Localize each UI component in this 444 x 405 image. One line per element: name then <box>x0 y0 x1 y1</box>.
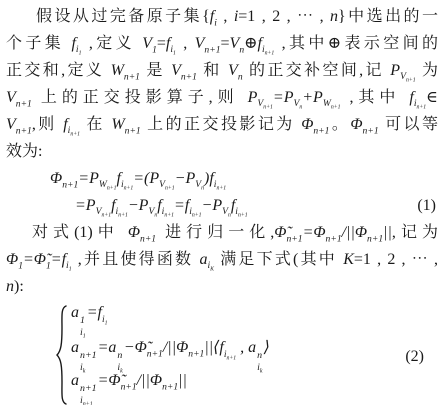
equation-1: Φn+1=PWn+1fin+1=(PVn+1−PVn)fin+1 =PVn+1f… <box>6 165 438 219</box>
paragraph-1: 假设从过完备原子集{fi , i=1 , 2 , ⋯ , n}中选出的一 个子集… <box>6 3 438 165</box>
text-line: 效为: <box>6 138 438 165</box>
equation-line: an+1in+1=Φ̃n+1/||Φn+1|| <box>71 372 270 405</box>
text-line: n): <box>6 273 438 300</box>
text-line: 假设从过完备原子集{fi , i=1 , 2 , ⋯ , n}中选出的一 <box>6 3 438 30</box>
equation-2: a1i1=fi1 an+1ik=anik−Φ̃n+1/||Φn+1||⟨fin+… <box>55 304 438 405</box>
text-line: Φ1=Φ̃1=fi1 ,并且使得函数 aiK 满足下式(其中 K=1 , 2 ,… <box>6 246 438 273</box>
text-line: Vn+1,则 fin+1 在 Wn+1 上的正交投影记为 Φn+1。Φn+1 可… <box>6 111 438 138</box>
equation-line: a1i1=fi1 <box>71 304 270 338</box>
equation-line: an+1ik=anik−Φ̃n+1/||Φn+1||⟨fin+1 , anik⟩ <box>71 338 270 372</box>
equation-line: =PVn+1fin+1−PVnfin+1=fin+1−PVnfin+1 <box>75 192 248 219</box>
text-line: 对式(1)中 Φn+1 进行归一化,Φ̃n+1=Φn+1/||Φn+1||,记为 <box>6 219 438 246</box>
paper-page: 假设从过完备原子集{fi , i=1 , 2 , ⋯ , n}中选出的一 个子集… <box>0 0 444 405</box>
equation-number: (2) <box>405 348 424 366</box>
equation-number: (1) <box>417 192 436 219</box>
equation-line: Φn+1=PWn+1fin+1=(PVn+1−PVn)fin+1 <box>6 165 438 192</box>
paragraph-2: 对式(1)中 Φn+1 进行归一化,Φ̃n+1=Φn+1/||Φn+1||,记为… <box>6 219 438 300</box>
text-line: 个子集 fi1 ,定义 V1=fi1 , Vn+1=Vn⊕fin+1 ,其中⊕表… <box>6 30 438 57</box>
left-curly-brace-icon <box>55 304 68 405</box>
text-line: Vn+1 上的正交投影算子,则 PVn+1=PVn+PWn+1 ,其中 fin+… <box>6 84 438 111</box>
text-line: 正交和,定义 Wn+1 是 Vn+1 和 Vn 的正交补空间,记 PVn+1 为 <box>6 57 438 84</box>
